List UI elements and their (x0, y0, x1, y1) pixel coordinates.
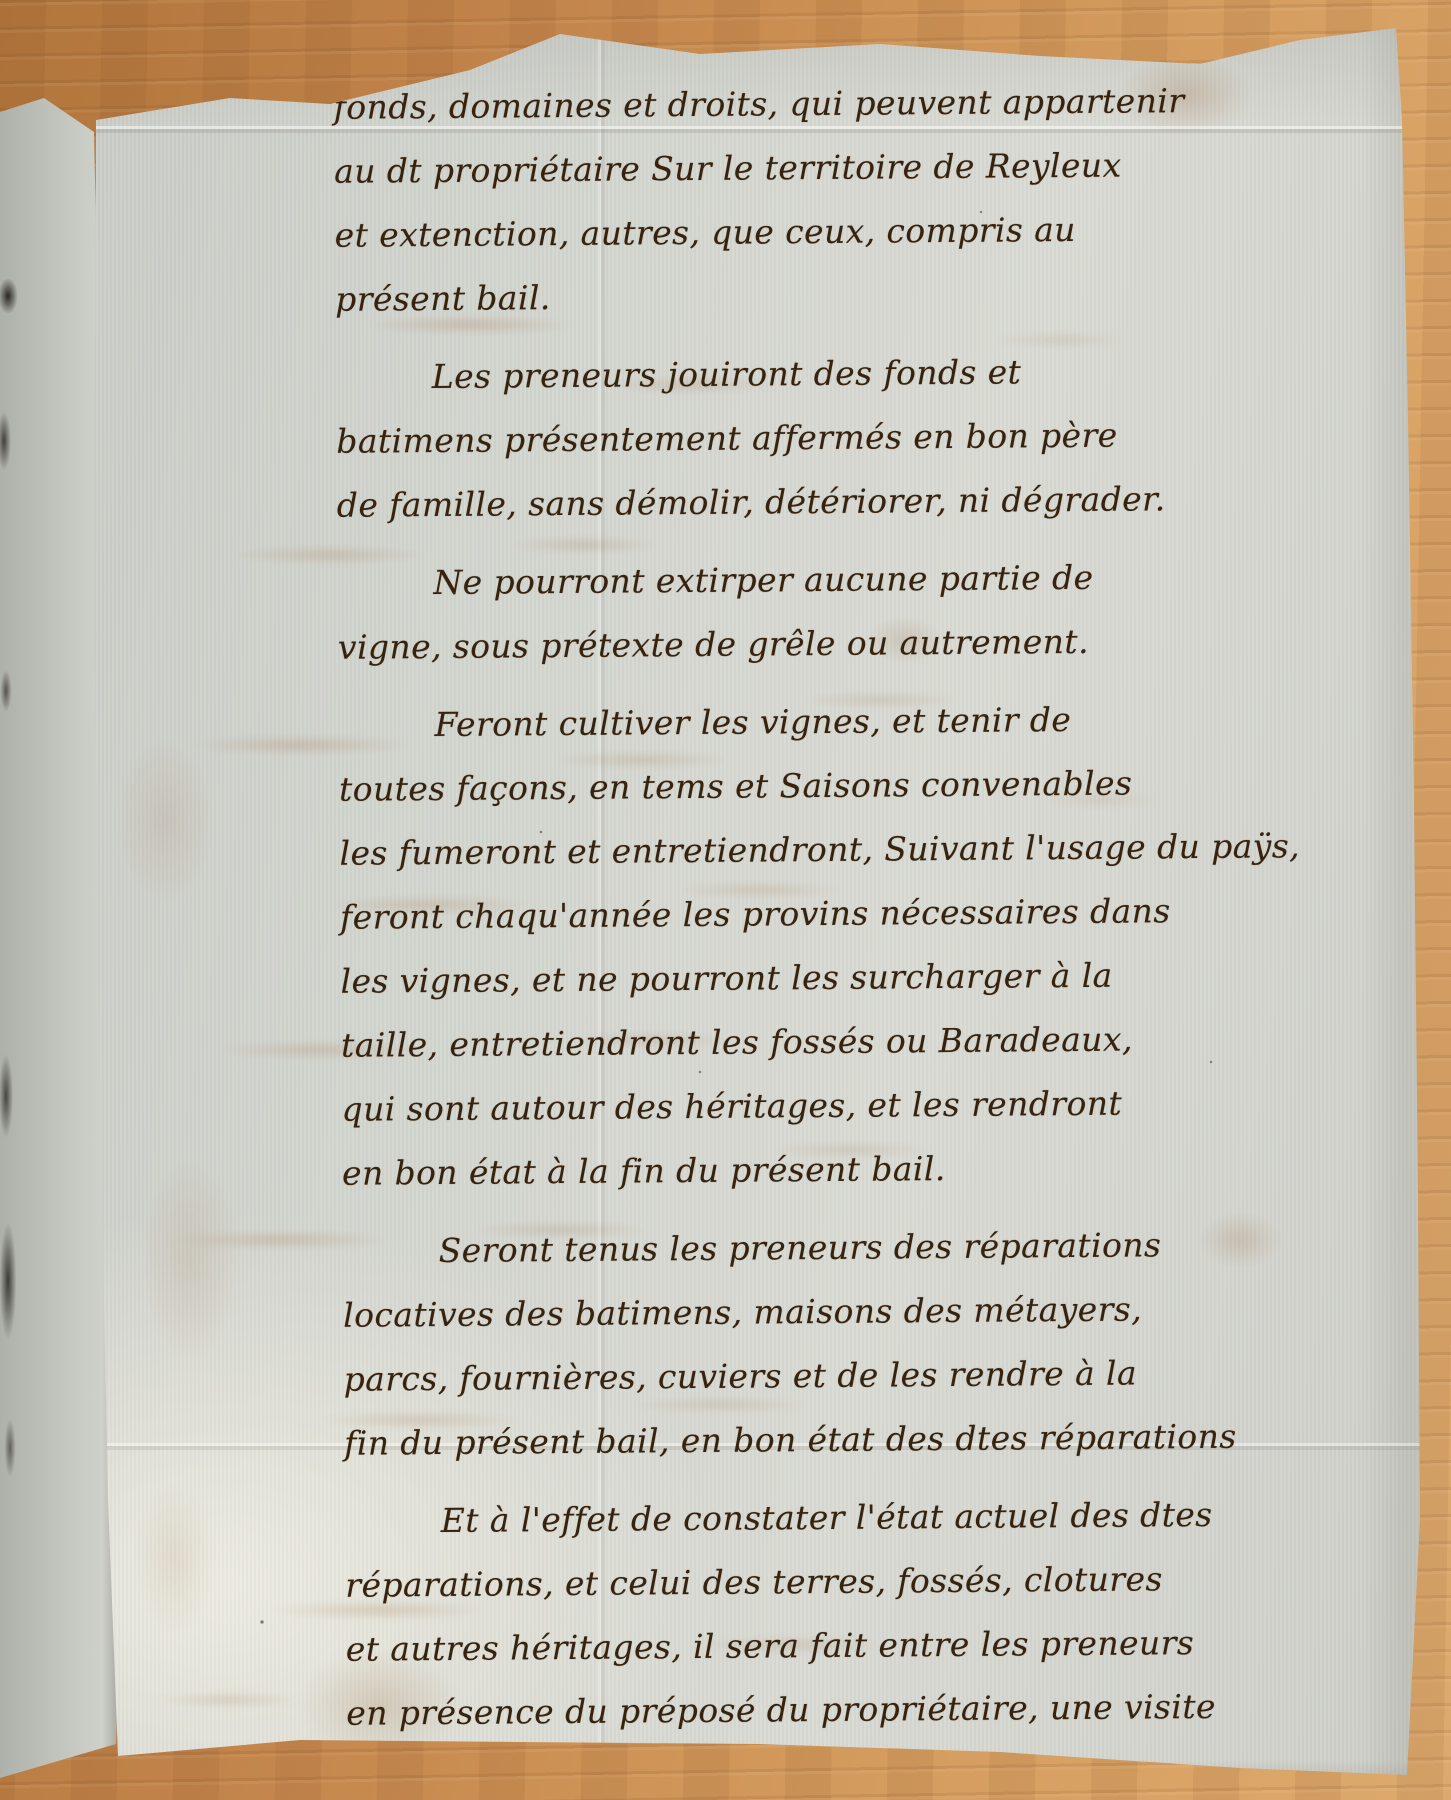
photograph-of-manuscript: fonds, domaines et droits, qui peuvent a… (0, 0, 1451, 1800)
manuscript-line: vigne, sous prétexte de grêle ou autreme… (338, 608, 1299, 680)
manuscript-line: en bon état à la fin du présent bail. (342, 1134, 1303, 1206)
manuscript-line: fonds, domaines et droits, qui peuvent a… (333, 68, 1294, 140)
handwritten-text: fonds, domaines et droits, qui peuvent a… (333, 68, 1307, 1745)
manuscript-line: toutes façons, en tems et Saisons conven… (339, 750, 1300, 822)
manuscript-line: Feront cultiver les vignes, et tenir de (338, 686, 1299, 758)
manuscript-line: réparations, et celui des terres, fossés… (345, 1546, 1306, 1618)
manuscript-line: les fumeront et entretiendront, Suivant … (339, 814, 1300, 886)
manuscript-line: Ne pourront extirper aucune partie de (337, 544, 1298, 616)
manuscript-line: locatives des batimens, maisons des méta… (343, 1276, 1304, 1348)
manuscript-line: Les preneurs jouiront des fonds et (336, 338, 1297, 410)
manuscript-line: au dt propriétaire Sur le territoire de … (334, 132, 1295, 204)
manuscript-line: Et à l'effet de constater l'état actuel … (345, 1482, 1306, 1554)
manuscript-line: fin du présent bail, en bon état des dte… (344, 1404, 1305, 1476)
manuscript-line: feront chaqu'année les provins nécessair… (340, 878, 1301, 950)
manuscript-line: parcs, fournières, cuviers et de les ren… (343, 1340, 1304, 1412)
manuscript-page: fonds, domaines et droits, qui peuvent a… (0, 0, 1451, 1800)
manuscript-line: Seront tenus les preneurs des réparation… (342, 1212, 1303, 1284)
manuscript-line: et autres héritages, il sera fait entre … (346, 1610, 1307, 1682)
manuscript-line: batimens présentement affermés en bon pè… (336, 402, 1297, 474)
manuscript-line: taille, entretiendront les fossés ou Bar… (341, 1006, 1302, 1078)
manuscript-line: qui sont autour des héritages, et les re… (341, 1070, 1302, 1142)
manuscript-line: et extenction, autres, que ceux, compris… (334, 196, 1295, 268)
manuscript-line: de famille, sans démolir, détériorer, ni… (337, 466, 1298, 538)
manuscript-line: en présence du préposé du propriétaire, … (346, 1674, 1307, 1746)
manuscript-line: les vignes, et ne pourront les surcharge… (340, 942, 1301, 1014)
manuscript-line: présent bail. (335, 260, 1296, 332)
